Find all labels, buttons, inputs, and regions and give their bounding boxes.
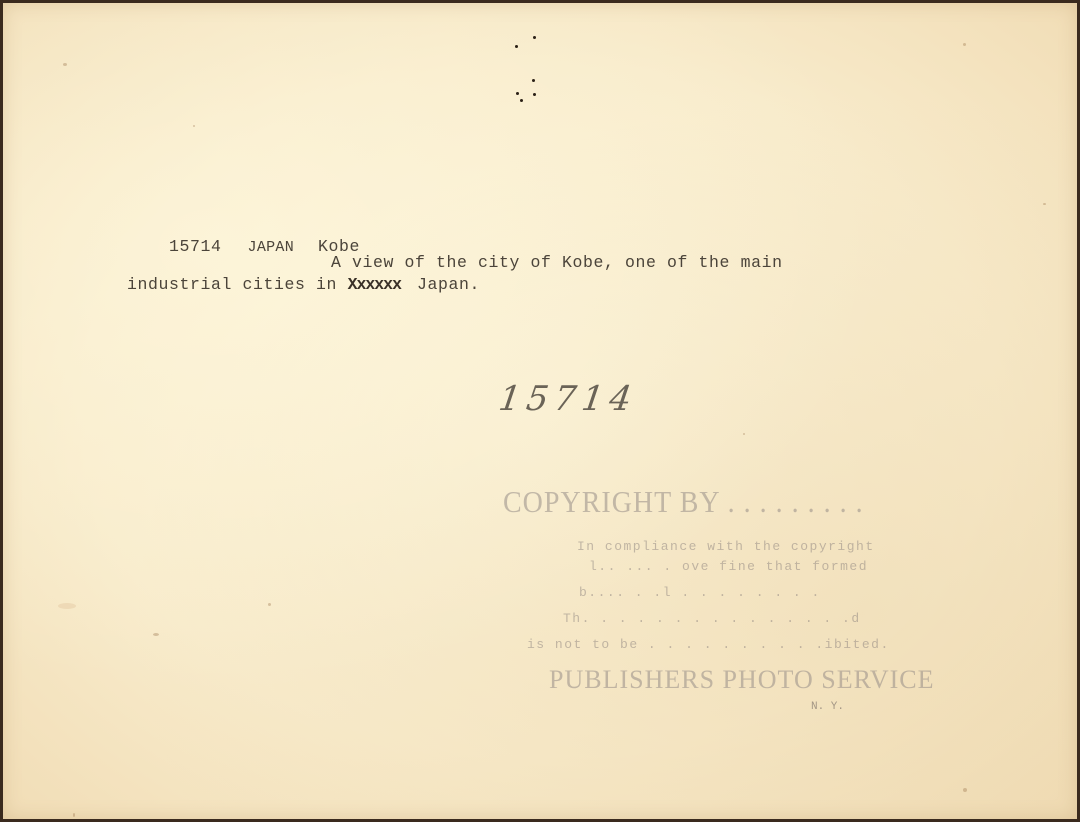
caption-line-2-suffix: Japan. — [417, 275, 480, 294]
staple-mark — [516, 92, 519, 95]
paper-speckle — [963, 788, 967, 792]
staple-mark — [533, 36, 536, 39]
paper-speckle — [73, 813, 75, 817]
stamp-text-line: l.. ... . ove fine that formed — [589, 559, 868, 574]
paper-speckle — [193, 125, 195, 127]
caption-line-1: A view of the city of Kobe, one of the m… — [331, 253, 783, 272]
stamp-text-line: b.... . .l . . . . . . . . — [579, 585, 821, 600]
handwritten-catalog-number: 15714 — [496, 379, 640, 419]
staple-mark — [532, 79, 535, 82]
paper-speckle — [63, 63, 67, 66]
staple-mark — [515, 45, 518, 48]
photo-back-paper: 15714JAPANKobe A view of the city of Kob… — [3, 3, 1077, 819]
copyright-stamp-title: COPYRIGHT BY . . . . . . . . . — [503, 485, 864, 520]
country-label: JAPAN — [248, 239, 295, 256]
stamp-text-line: In compliance with the copyright — [577, 539, 875, 554]
struck-out-word: Xxxxxx — [348, 275, 401, 294]
paper-speckle — [963, 43, 966, 46]
caption-line-2: industrial cities in XxxxxxJapan. — [127, 275, 480, 294]
paper-speckle — [743, 433, 745, 435]
catalog-number: 15714 — [169, 237, 222, 256]
catalog-header: 15714JAPANKobe — [127, 218, 360, 275]
publisher-stamp-name: PUBLISHERS PHOTO SERVICE — [549, 665, 935, 695]
paper-speckle — [268, 603, 271, 606]
staple-mark — [533, 93, 536, 96]
paper-speckle — [1043, 203, 1046, 205]
staple-mark — [520, 99, 523, 102]
stamp-text-line: Th. . . . . . . . . . . . . . .d — [563, 611, 861, 626]
publisher-stamp-city: N. Y. — [811, 701, 844, 713]
stamp-text-line: is not to be . . . . . . . . . .ibited. — [527, 637, 890, 652]
paper-speckle — [58, 603, 76, 609]
caption-line-2-prefix: industrial cities in — [127, 275, 337, 294]
paper-speckle — [153, 633, 159, 636]
